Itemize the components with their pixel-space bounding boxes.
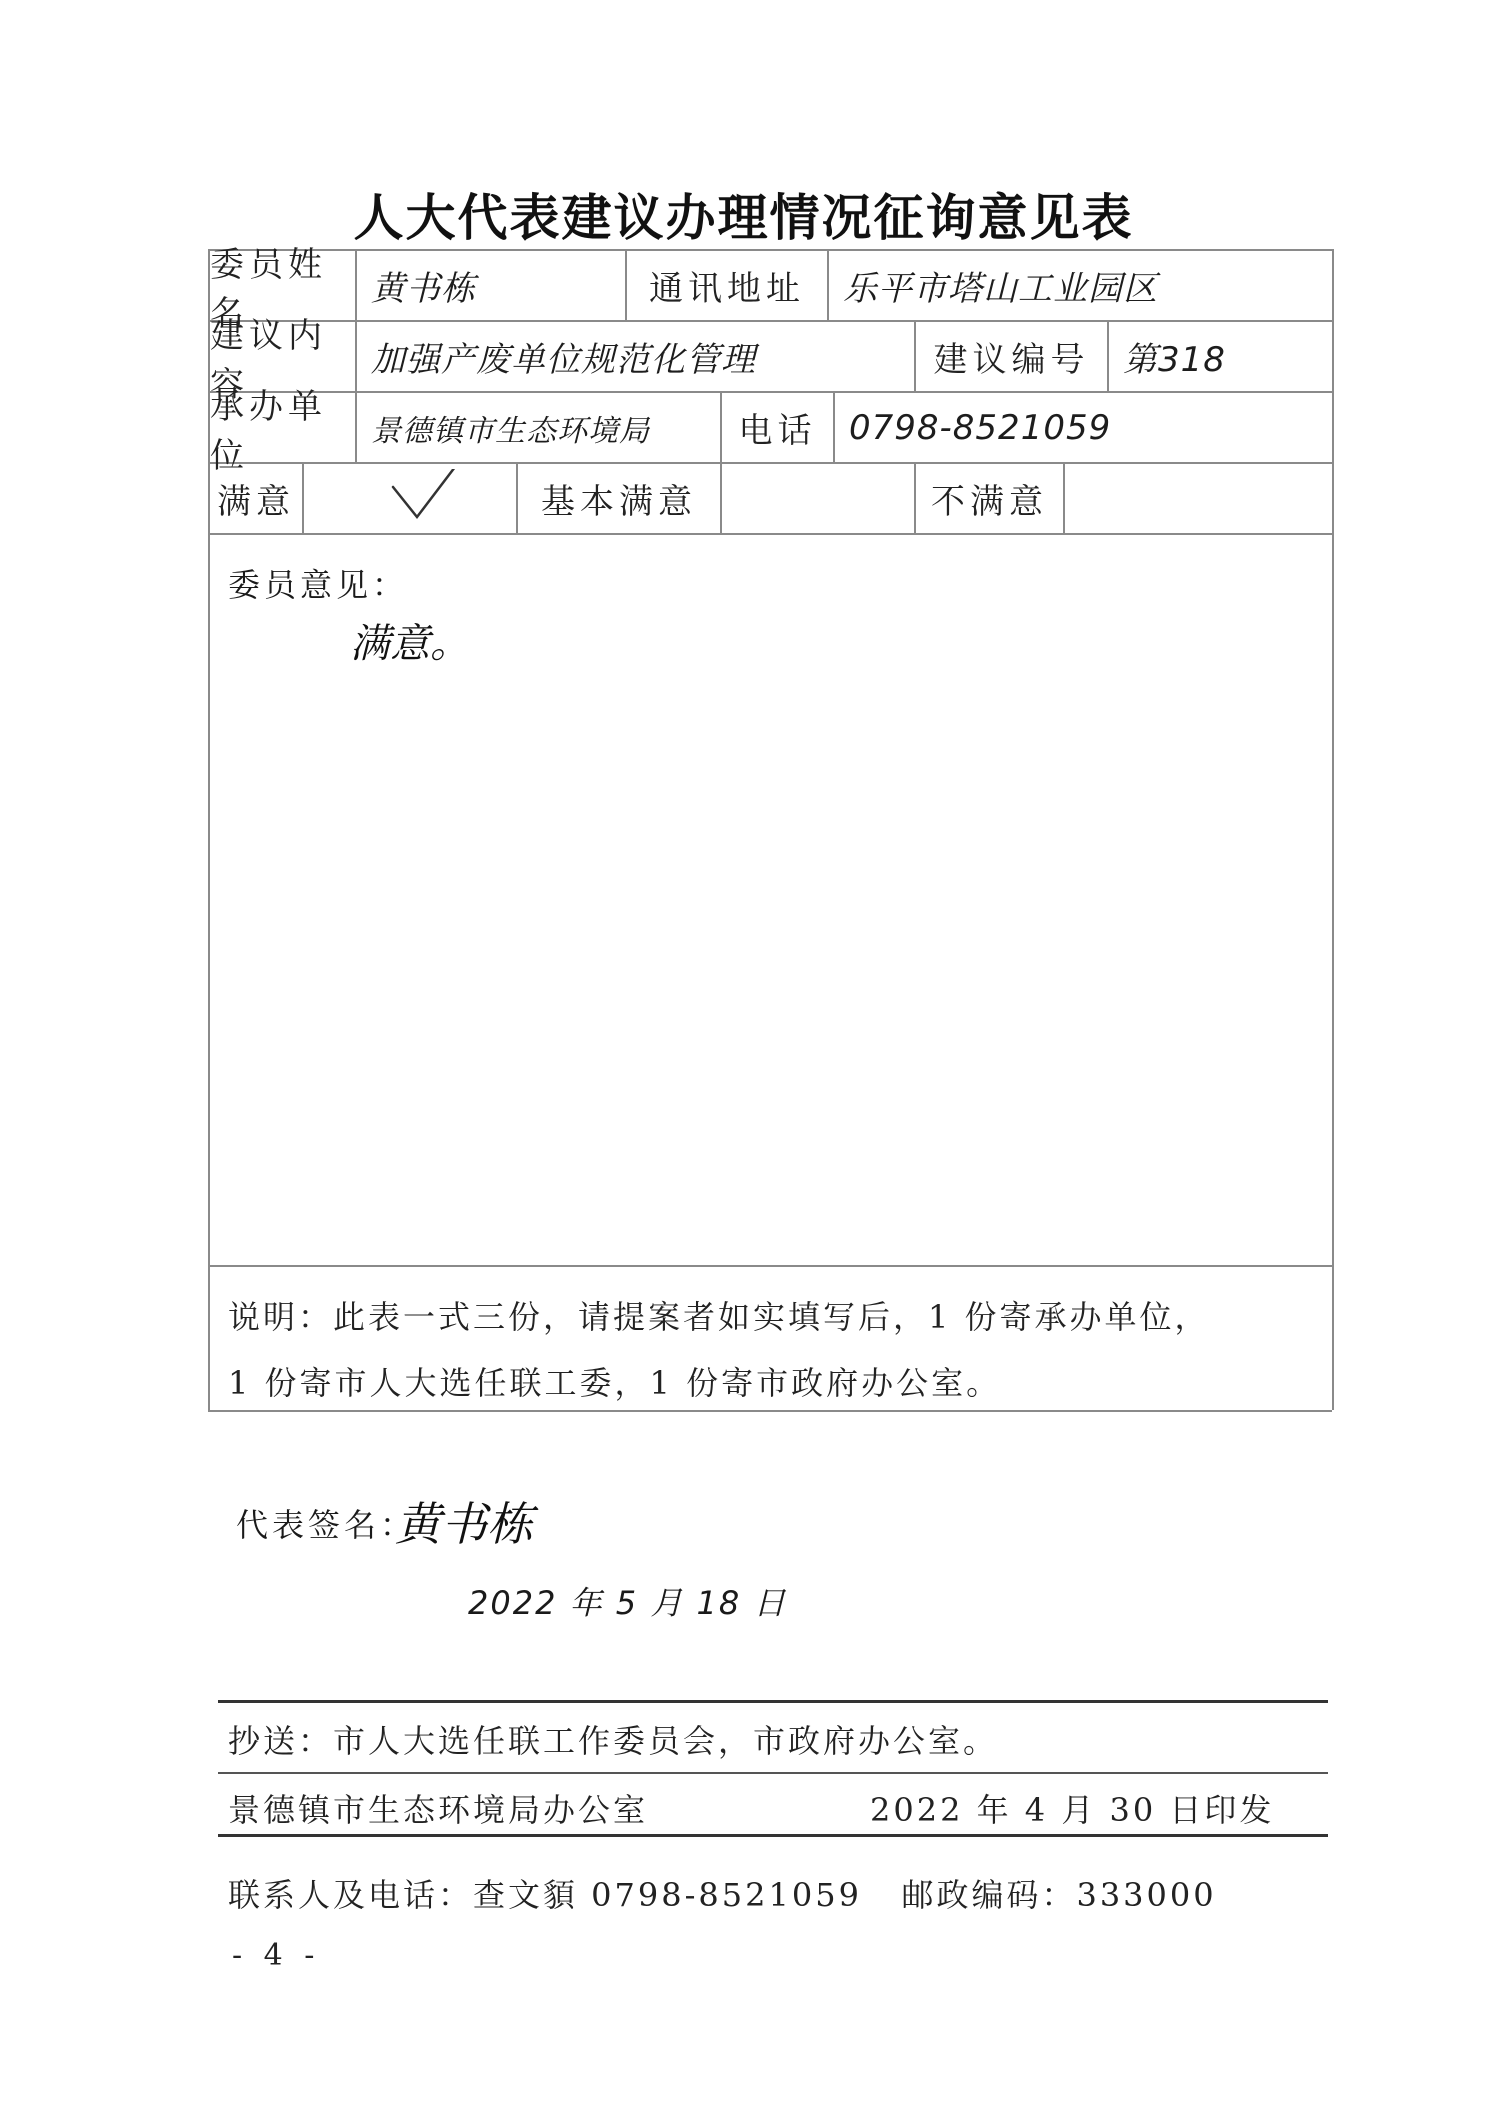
- signature-value: 黄书栋: [395, 1488, 533, 1554]
- comments-value: 满意。: [350, 612, 470, 669]
- comments-label: 委员意见：: [228, 560, 408, 606]
- basically-satisfied-label: 基本满意: [518, 464, 720, 533]
- address-label: 通讯地址: [627, 251, 827, 320]
- basically-satisfied-checkbox[interactable]: [722, 464, 914, 533]
- footer-rule-top: [218, 1700, 1328, 1703]
- suggestion-content-value: 加强产废单位规范化管理: [357, 322, 914, 391]
- page-number: - 4 -: [232, 1938, 320, 1973]
- footer-rule-bottom: [218, 1834, 1328, 1837]
- handling-unit-label: 承办单位: [210, 393, 355, 462]
- issue-date: 2022 年 4 月 30 日印发: [870, 1785, 1274, 1831]
- table-border-bottom: [208, 1410, 1332, 1412]
- issuer: 景德镇市生态环境局办公室: [228, 1785, 648, 1831]
- cc-line: 抄送：市人大选任联工作委员会，市政府办公室。: [228, 1716, 998, 1762]
- row-divider: [208, 1265, 1332, 1267]
- row-divider: [208, 533, 1332, 535]
- unsatisfied-label: 不满意: [916, 464, 1063, 533]
- footer-rule-middle: [218, 1772, 1328, 1774]
- address-value: 乐平市塔山工业园区: [829, 251, 1332, 320]
- satisfied-label: 满意: [210, 464, 302, 533]
- notes-line-2: 1 份寄市人大选任联工委，1 份寄市政府办公室。: [228, 1358, 1001, 1404]
- satisfied-checkbox[interactable]: [304, 464, 516, 533]
- suggestion-number-label: 建议编号: [916, 322, 1107, 391]
- signature-label: 代表签名：: [236, 1500, 416, 1546]
- phone-label: 电话: [722, 393, 833, 462]
- contact-line: 联系人及电话：查文䫉 0798-8521059 邮政编码：333000: [228, 1870, 1217, 1916]
- handling-unit-value: 景德镇市生态环境局: [357, 393, 720, 462]
- checkmark-icon: [355, 469, 465, 529]
- member-name-value: 黄书栋: [357, 251, 625, 320]
- phone-value: 0798-8521059: [835, 393, 1332, 462]
- notes-line-1: 说明：此表一式三份，请提案者如实填写后，1 份寄承办单位，: [228, 1292, 1210, 1338]
- signature-date: 2022 年 5 月 18 日: [468, 1578, 787, 1624]
- suggestion-number-value: 第318: [1109, 322, 1332, 391]
- unsatisfied-checkbox[interactable]: [1065, 464, 1332, 533]
- table-border-right: [1332, 249, 1334, 1410]
